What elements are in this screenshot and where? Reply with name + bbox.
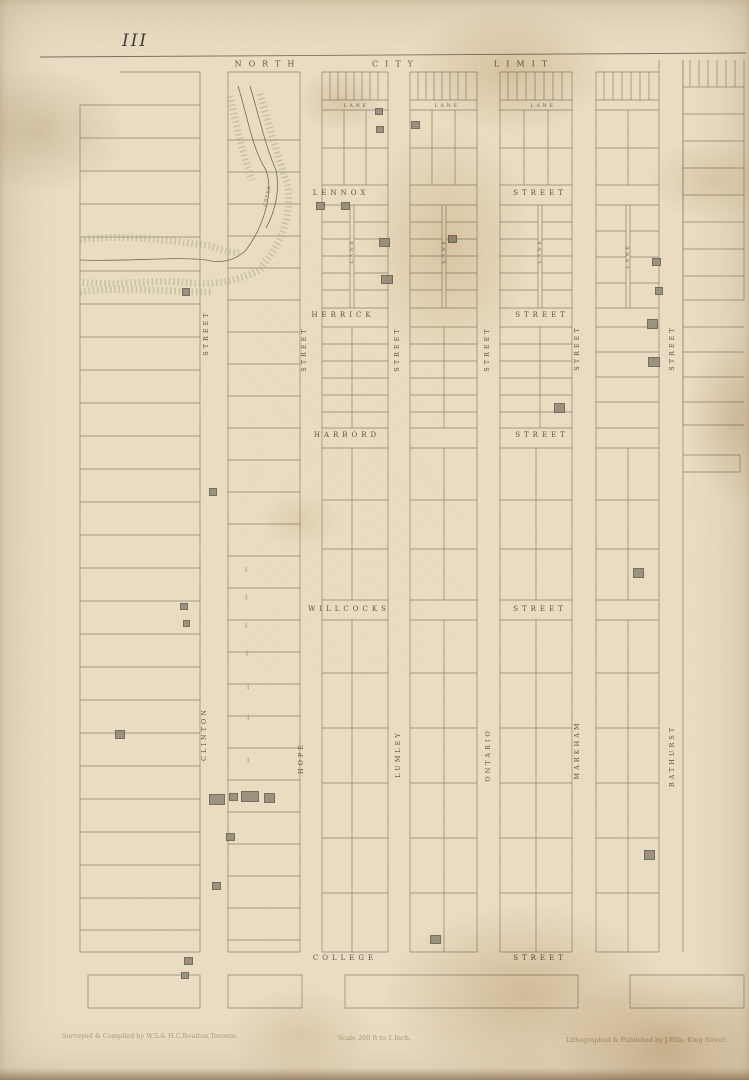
south-college-blocks	[88, 975, 744, 1008]
east-bathurst-column	[683, 60, 744, 472]
building-footprint	[226, 833, 235, 841]
building-footprint	[379, 238, 390, 247]
lot-number-mark: 4	[246, 758, 250, 765]
street-suffix-ontario: STREET	[483, 326, 491, 372]
building-footprint	[376, 126, 384, 133]
building-footprint	[647, 319, 658, 329]
creek-bank-north	[80, 238, 240, 253]
building-footprint	[209, 488, 217, 496]
street-label-willcocks: WILLCOCKS	[308, 605, 390, 613]
row2-internals	[322, 205, 659, 308]
row5-internals	[322, 620, 659, 952]
street-suffix-bathurst: STREET	[668, 325, 676, 371]
lot-number-mark: 4	[244, 567, 248, 574]
building-footprint	[411, 121, 420, 129]
street-suffix-herrick: STREET	[515, 311, 569, 319]
street-label-markham: MARKHAM	[573, 720, 581, 779]
street-label-lennox: LENNOX	[313, 189, 370, 197]
block-row-edges	[322, 72, 659, 952]
building-footprint	[241, 791, 259, 802]
scale-note: Scale 200 ft to 1 Inch.	[338, 1034, 411, 1042]
plate-number: III	[122, 31, 148, 51]
building-footprint	[115, 730, 125, 739]
lane-label-6: LANE	[537, 239, 543, 264]
building-footprint	[341, 202, 350, 210]
boundary-word-north: NORTH	[235, 60, 302, 69]
street-suffix-lumley: STREET	[393, 326, 401, 372]
lot-number-mark: 4	[246, 685, 250, 692]
street-label-harbord: HARBORD	[314, 431, 380, 439]
lane-label-2: LANE	[435, 103, 460, 109]
building-footprint	[182, 288, 190, 296]
building-footprint	[264, 793, 275, 803]
map-sheet: III NORTH CITY LIMIT LENNOX STREET HERRI…	[0, 0, 749, 1080]
creek-bank-east	[260, 94, 289, 266]
lane-label-7: LANE	[625, 244, 631, 269]
boundary-word-limit: LIMIT	[494, 60, 554, 69]
creek-bank-lower	[80, 289, 212, 292]
street-suffix-college: STREET	[513, 954, 567, 962]
building-footprint	[448, 235, 457, 243]
creek-bank-west	[230, 96, 252, 180]
street-label-lumley: LUMLEY	[394, 730, 402, 777]
street-verticals	[322, 60, 683, 952]
building-footprint	[184, 957, 193, 965]
building-footprint	[180, 603, 188, 610]
building-footprint	[652, 258, 661, 266]
street-label-hope: HOPE	[297, 742, 305, 774]
lot-number-mark: 4	[246, 715, 250, 722]
street-label-clinton: CLINTON	[200, 707, 208, 761]
city-limit-line	[40, 53, 746, 57]
street-label-college: COLLEGE	[313, 954, 377, 962]
street-suffix-willcocks: STREET	[513, 605, 567, 613]
street-label-ontario: ONTARIO	[484, 728, 492, 781]
building-footprint	[183, 620, 190, 627]
plat-grid	[0, 0, 749, 1080]
building-footprint	[633, 568, 644, 578]
surveyor-credit: Surveyed & Compiled by W.S.& H.C.Boulton…	[62, 1032, 238, 1040]
building-footprint	[375, 108, 383, 115]
creek-bank-south	[80, 268, 262, 283]
building-footprint	[430, 935, 441, 944]
building-footprint	[554, 403, 565, 413]
building-footprint	[655, 287, 663, 295]
building-footprint	[209, 794, 225, 805]
building-footprint	[381, 275, 393, 284]
building-footprint	[644, 850, 655, 860]
building-footprint	[181, 972, 189, 979]
lane-label-5: LANE	[441, 239, 447, 264]
building-footprint	[316, 202, 325, 210]
street-label-herrick: HERRICK	[311, 311, 374, 319]
lane-label-4: LANE	[349, 239, 355, 264]
lot-number-mark: 4	[244, 623, 248, 630]
lithographer-credit: Lithographed & Published by J.Ellis, Kin…	[566, 1036, 727, 1044]
street-suffix-hope: STREET	[300, 326, 308, 372]
street-suffix-lennox: STREET	[513, 189, 567, 197]
creek-stream	[80, 86, 278, 262]
building-footprint	[229, 793, 238, 801]
row4-internals	[322, 448, 659, 600]
lot-number-mark: 4	[245, 651, 249, 658]
lane-label-1: LANE	[344, 103, 369, 109]
building-footprint	[212, 882, 221, 890]
boundary-word-city: CITY	[372, 60, 420, 69]
street-suffix-markham: STREET	[573, 325, 581, 371]
building-footprint	[648, 357, 660, 367]
street-suffix-harbord: STREET	[515, 431, 569, 439]
lot-number-mark: 4	[244, 595, 248, 602]
lane-label-3: LANE	[531, 103, 556, 109]
street-suffix-clinton: STREET	[202, 310, 210, 356]
row1-internals	[322, 72, 659, 185]
west-lot-column	[80, 72, 200, 952]
street-label-bathurst: BATHURST	[668, 725, 676, 787]
